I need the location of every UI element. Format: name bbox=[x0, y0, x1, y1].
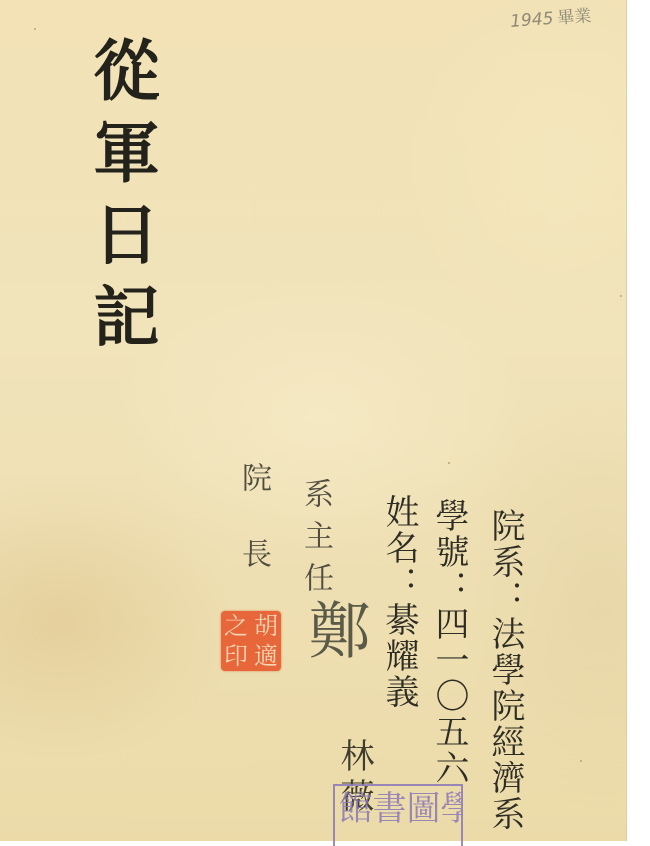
seal-char: 印 bbox=[221, 641, 251, 671]
name-field: 姓名：綦耀義 bbox=[382, 494, 416, 710]
chair-signature-upper: 鄭 bbox=[290, 598, 379, 660]
pencil-annotation: 1945畢業 bbox=[509, 1, 592, 32]
dean-label: 院長 bbox=[238, 462, 268, 614]
document-title: 從軍日記 bbox=[88, 36, 154, 364]
chair-label: 系主任 bbox=[300, 478, 330, 604]
paper-fleck bbox=[620, 295, 622, 297]
department-field: 院系：法學院經濟系 bbox=[488, 508, 522, 832]
seal-column: 圖書館 bbox=[335, 786, 437, 846]
student-id-field: 學號：四一〇五六 bbox=[432, 498, 466, 786]
pencil-text: 畢業 bbox=[557, 6, 592, 28]
document-page: 1945畢業 從軍日記 院長 系主任 之 胡 印 適 鄭 林薇 院系：法學院經濟… bbox=[0, 0, 627, 841]
seal-column: 大學 bbox=[437, 786, 463, 846]
pencil-year: 1945 bbox=[510, 9, 555, 32]
red-seal-stamp: 之 胡 印 適 bbox=[221, 611, 281, 671]
seal-char: 適 bbox=[251, 641, 281, 671]
seal-char: 胡 bbox=[251, 611, 281, 641]
seal-char: 之 bbox=[221, 611, 251, 641]
paper-fleck bbox=[580, 760, 582, 762]
paper-fleck bbox=[448, 462, 450, 464]
library-seal-stamp: 燕京 大學 圖書館 bbox=[333, 784, 463, 846]
paper-fleck bbox=[34, 28, 36, 30]
